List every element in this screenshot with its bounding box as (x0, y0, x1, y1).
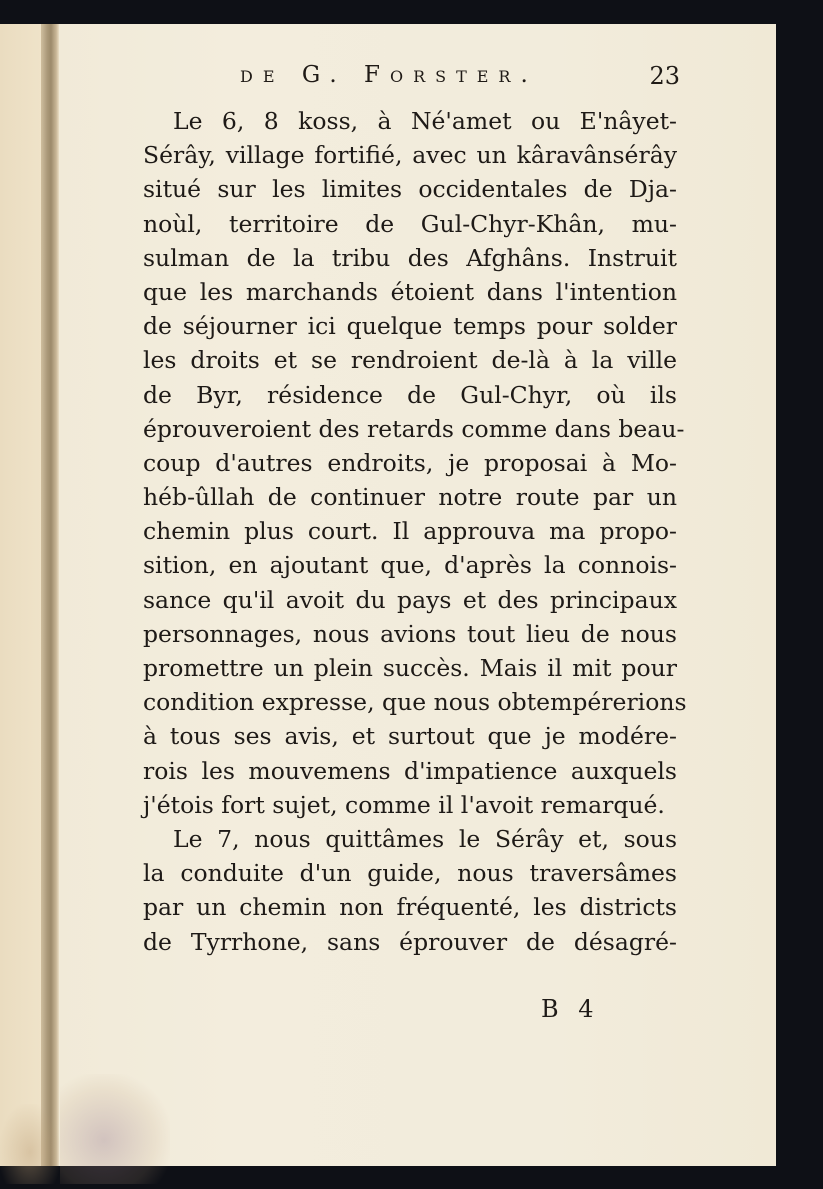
text-line: condition expresse, que nous obtempéreri… (143, 685, 677, 719)
text-line: de séjourner ici quelque temps pour sold… (143, 309, 677, 343)
text-line: situé sur les limites occidentales de Dj… (143, 172, 677, 206)
text-line: noùl, territoire de Gul-Chyr-Khân, mu- (143, 207, 677, 241)
text-line: éprouveroient des retards comme dans bea… (143, 412, 677, 446)
text-line: par un chemin non fréquenté, les distric… (143, 890, 677, 924)
text-line: de Byr, résidence de Gul-Chyr, où ils (143, 378, 677, 412)
text-line: coup d'autres endroits, je proposai à Mo… (143, 446, 677, 480)
text-line: à tous ses avis, et surtout que je modér… (143, 719, 677, 753)
text-line: Le 6, 8 koss, à Né'amet ou E'nâyet- (143, 104, 677, 138)
text-line: sition, en ajoutant que, d'après la conn… (143, 548, 677, 582)
text-line: personnages, nous avions tout lieu de no… (143, 617, 677, 651)
text-line: promettre un plein succès. Mais il mit p… (143, 651, 677, 685)
text-line: rois les mouvemens d'impatience auxquels (143, 754, 677, 788)
text-line: la conduite d'un guide, nous traversâmes (143, 856, 677, 890)
text-line: sance qu'il avoit du pays et des princip… (143, 583, 677, 617)
running-head-title: de G. Forster. (240, 62, 538, 88)
text-line: chemin plus court. Il approuva ma propo- (143, 514, 677, 548)
text-line: j'étois fort sujet, comme il l'avoit rem… (143, 788, 677, 822)
text-line: de Tyrrhone, sans éprouver de désagré- (143, 925, 677, 959)
text-line: héb-ûllah de continuer notre route par u… (143, 480, 677, 514)
gutter-fold (41, 24, 59, 1166)
edge-stain (0, 1104, 60, 1184)
text-line: Sérây, village fortifié, avec un kâravân… (143, 138, 677, 172)
foxing-stain (60, 1074, 170, 1184)
text-line: les droits et se rendroient de-là à la v… (143, 343, 677, 377)
signature-mark: B 4 (541, 995, 600, 1023)
running-head: de G. Forster. 23 (240, 62, 680, 98)
body-text: Le 6, 8 koss, à Né'amet ou E'nâyet- Sérâ… (143, 104, 677, 959)
page-number: 23 (649, 62, 680, 90)
text-line: sulman de la tribu des Afghâns. Instruit (143, 241, 677, 275)
text-line: que les marchands étoient dans l'intenti… (143, 275, 677, 309)
text-line: Le 7, nous quittâmes le Sérây et, sous (143, 822, 677, 856)
adjacent-page-edge (0, 24, 42, 1166)
